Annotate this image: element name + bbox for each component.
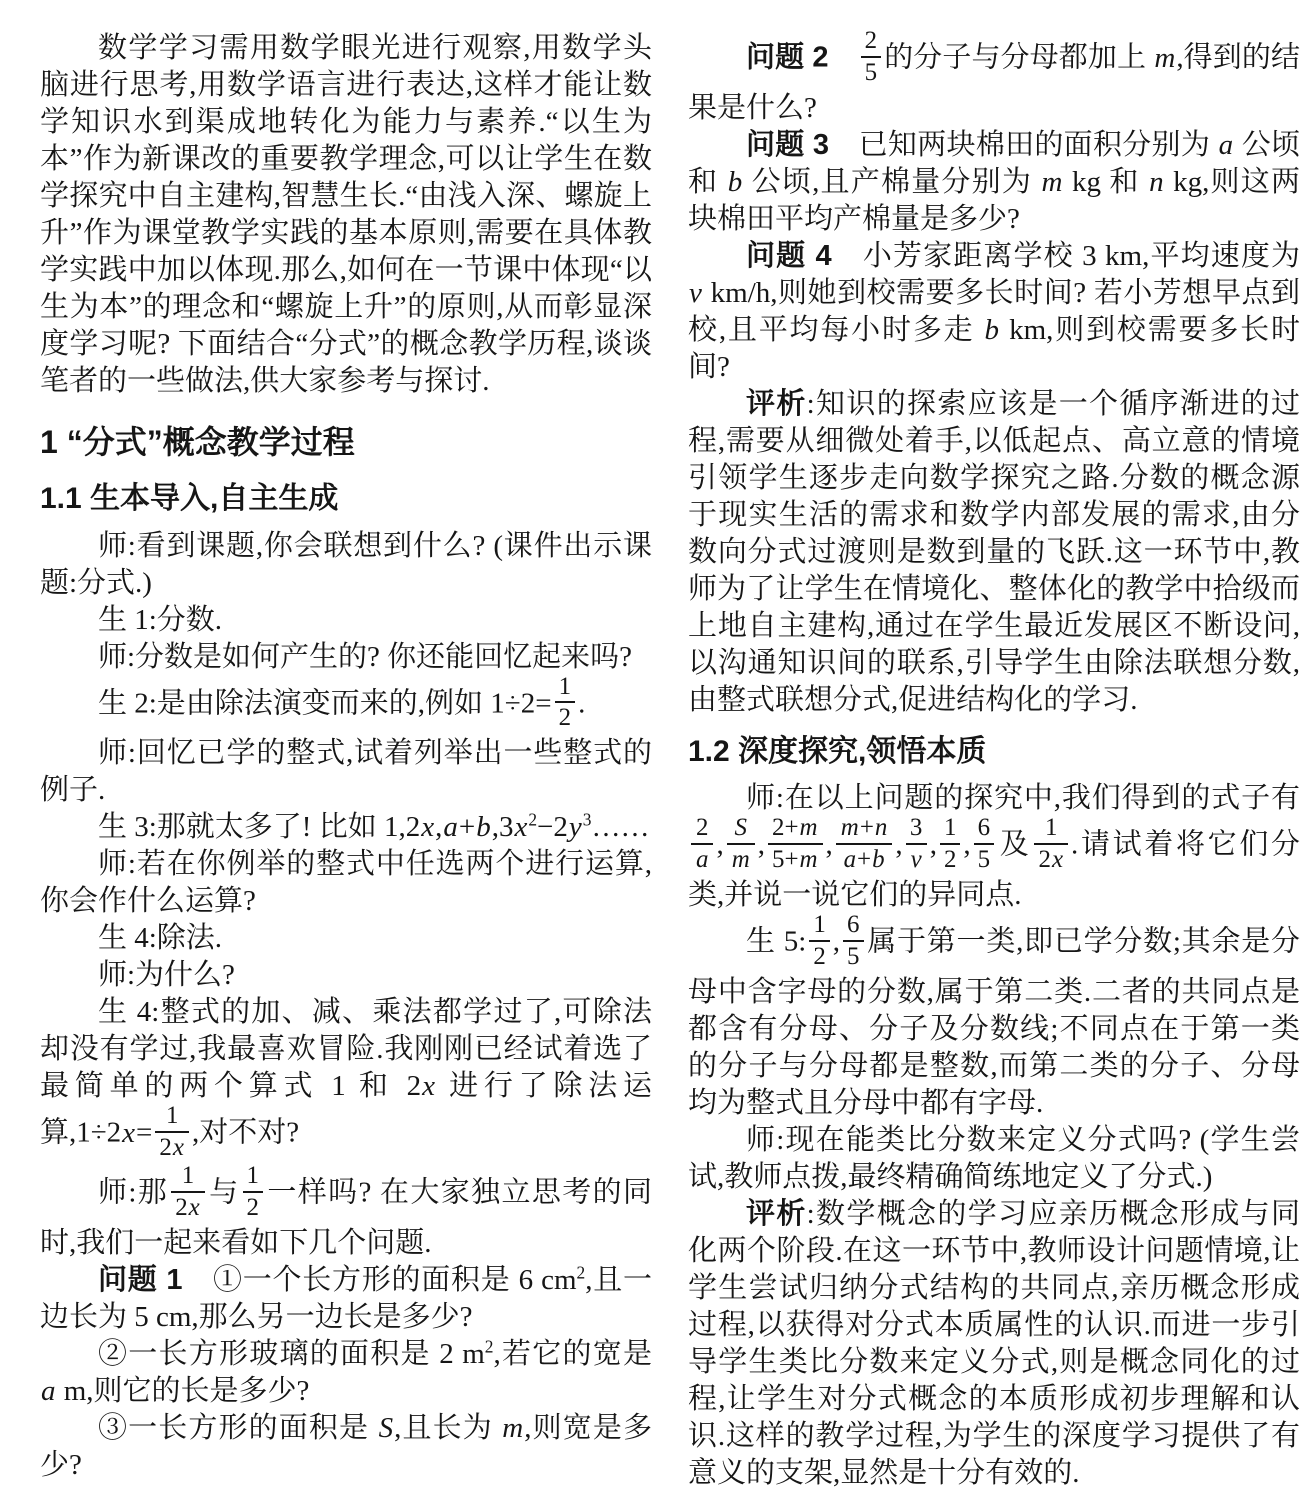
fraction-numerator: 1 (243, 1162, 263, 1193)
comment-paragraph: 评析:知识的探索应该是一个循序渐进的过程,需要从细微处着手,以低起点、高立意的情… (688, 386, 1300, 719)
fraction-denominator: 2 (809, 942, 829, 971)
math-variable: x (421, 1070, 436, 1102)
superscript: 2 (577, 1262, 586, 1282)
fraction-numerator: 1 (809, 911, 829, 942)
math-variable: m (799, 846, 819, 873)
math-variable: x (1051, 846, 1064, 873)
fraction-numerator: 1 (1034, 814, 1068, 845)
fraction-denominator: 5 (843, 942, 863, 971)
math-variable: a (843, 846, 857, 873)
bold-label: 问题 4 (746, 240, 832, 272)
math-variable: b (984, 314, 1001, 346)
fraction-numerator: 1 (940, 814, 960, 845)
math-variable: m (501, 1412, 524, 1444)
problem-1: 问题 1 ①一个长方形的面积是 6 cm2,且一边长为 5 cm,那么另一边长是… (40, 1262, 652, 1336)
section-heading-1: 1 “分式”概念教学过程 (40, 422, 652, 462)
right-column: 问题 2 25的分子与分母都加上 m,得到的结果是什么?问题 3 已知两块棉田的… (688, 30, 1300, 1492)
bold-label: 评析 (746, 388, 807, 420)
problem-1-item-2: ②一长方形玻璃的面积是 2 m2,若它的宽是 a m,则它的长是多少? (40, 1336, 652, 1410)
fraction: 2a (691, 814, 713, 874)
bold-label: 评析 (746, 1198, 807, 1230)
fraction-numerator: 6 (974, 814, 994, 845)
fraction-denominator: 2x (171, 1193, 205, 1222)
fraction-denominator: 5 (974, 845, 994, 874)
fraction-numerator: 1 (555, 673, 575, 704)
subsection-heading-1-1: 1.1 生本导入,自主生成 (40, 480, 652, 518)
journal-page: 数学学习需用数学眼光进行观察,用数学头脑进行思考,用数学语言进行表达,这样才能让… (0, 0, 1300, 1492)
fraction-denominator: m (727, 845, 755, 874)
bold-label: 问题 1 (98, 1264, 182, 1296)
fraction: 12 (243, 1162, 263, 1222)
fraction: 12 (555, 673, 575, 733)
superscript: 2 (485, 1336, 494, 1356)
math-variable: x (121, 1117, 136, 1149)
math-variable: b (871, 846, 885, 873)
fraction-denominator: a+b (836, 845, 893, 874)
fraction-numerator: 1 (171, 1162, 205, 1193)
math-variable: a (442, 811, 459, 843)
fraction: 3v (906, 814, 927, 874)
math-variable: y (568, 811, 583, 843)
fraction: 65 (974, 814, 994, 874)
problem-3: 问题 3 已知两块棉田的面积分别为 a 公顷和 b 公顷,且产棉量分别为 m k… (688, 127, 1300, 238)
fraction-denominator: 2 (940, 845, 960, 874)
math-variable: x (172, 1134, 185, 1161)
fraction-numerator: m+n (836, 814, 893, 845)
fraction: 12x (171, 1162, 205, 1222)
dialogue-student-4: 生 4:除法. (40, 920, 652, 957)
fraction-denominator: 5+m (768, 845, 823, 874)
bold-label: 问题 2 (746, 42, 828, 74)
problem-2: 问题 2 25的分子与分母都加上 m,得到的结果是什么? (688, 30, 1300, 127)
math-variable: a (1218, 129, 1235, 161)
fraction-numerator: 6 (843, 911, 863, 942)
comment-paragraph: 评析:数学概念的学习应亲历概念形成与同化两个阶段.在这一环节中,教师设计问题情境… (688, 1196, 1300, 1492)
fraction-denominator: v (906, 845, 927, 874)
math-variable: m (799, 814, 819, 841)
dialogue-teacher: 师:现在能类比分数来定义分式吗? (学生尝试,教师点拨,最终精确简练地定义了分式… (688, 1122, 1300, 1196)
dialogue-student-4: 生 4:整式的加、减、乘法都学过了,可除法却没有学过,我最喜欢冒险.我刚刚已经试… (40, 994, 652, 1165)
fraction-numerator: 2 (861, 27, 881, 58)
fraction-numerator: 2+m (768, 814, 823, 845)
math-variable: x (420, 811, 435, 843)
math-variable: x (188, 1194, 201, 1221)
fraction: 12 (940, 814, 960, 874)
math-variable: b (475, 811, 492, 843)
dialogue-teacher: 师:回忆已学的整式,试着列举出一些整式的例子. (40, 735, 652, 809)
fraction: 2+m5+m (768, 814, 823, 874)
fraction-numerator: 2 (691, 814, 713, 845)
fraction: 12x (1034, 814, 1068, 874)
fraction-denominator: a (691, 845, 713, 874)
math-variable: v (688, 277, 703, 309)
dialogue-student-2: 生 2:是由除法演变而来的,例如 1÷2=12. (40, 676, 652, 736)
math-variable: m (1153, 42, 1176, 74)
math-variable: x (513, 811, 528, 843)
math-variable: S (733, 814, 747, 841)
dialogue-teacher: 师:那12x与12一样吗? 在大家独立思考的同时,我们一起来看如下几个问题. (40, 1165, 652, 1262)
fraction: 25 (861, 27, 881, 87)
left-column: 数学学习需用数学眼光进行观察,用数学头脑进行思考,用数学语言进行表达,这样才能让… (40, 30, 652, 1492)
intro-paragraph: 数学学习需用数学眼光进行观察,用数学头脑进行思考,用数学语言进行表达,这样才能让… (40, 30, 652, 400)
superscript: 3 (583, 810, 592, 830)
dialogue-teacher: 师:若在你例举的整式中任选两个进行运算,你会作什么运算? (40, 846, 652, 920)
dialogue-teacher: 师:分数是如何产生的? 你还能回忆起来吗? (40, 639, 652, 676)
fraction: 12 (809, 911, 829, 971)
math-variable: S (378, 1412, 395, 1444)
problem-4: 问题 4 小芳家距离学校 3 km,平均速度为 v km/h,则她到校需要多长时… (688, 238, 1300, 386)
fraction: 65 (843, 911, 863, 971)
dialogue-teacher: 师:在以上问题的探究中,我们得到的式子有2a,Sm,2+m5+m,m+na+b,… (688, 780, 1300, 914)
fraction: m+na+b (836, 814, 893, 874)
math-variable: a (40, 1375, 57, 1407)
dialogue-student-5: 生 5:12,65属于第一类,即已学分数;其余是分母中含字母的分数,属于第二类.… (688, 914, 1300, 1122)
math-variable: n (874, 814, 888, 841)
dialogue-teacher: 师:为什么? (40, 957, 652, 994)
bold-label: 问题 3 (746, 129, 829, 161)
fraction: 12x (155, 1102, 189, 1162)
superscript: 2 (528, 810, 537, 830)
fraction-numerator: 1 (155, 1102, 189, 1133)
math-variable: b (727, 166, 744, 198)
math-variable: a (695, 846, 709, 873)
math-variable: v (910, 846, 923, 873)
fraction-numerator: 3 (906, 814, 927, 845)
fraction-denominator: 2 (243, 1193, 263, 1222)
fraction-denominator: 2 (555, 703, 575, 732)
math-variable: m (1041, 166, 1064, 198)
dialogue-student-3: 生 3:那就太多了! 比如 1,2x,a+b,3x2−2y3…… (40, 809, 652, 846)
fraction: Sm (727, 814, 755, 874)
problem-1-item-3: ③一长方形的面积是 S,且长为 m,则宽是多少? (40, 1410, 652, 1484)
fraction-numerator: S (727, 814, 755, 845)
math-variable: n (1148, 166, 1165, 198)
dialogue-student-1: 生 1:分数. (40, 602, 652, 639)
fraction-denominator: 2x (1034, 845, 1068, 874)
math-variable: m (840, 814, 860, 841)
subsection-heading-1-2: 1.2 深度探究,领悟本质 (688, 733, 1300, 771)
dialogue-teacher: 师:看到课题,你会联想到什么? (课件出示课题:分式.) (40, 528, 652, 602)
fraction-denominator: 2x (155, 1133, 189, 1162)
math-variable: m (731, 846, 751, 873)
fraction-denominator: 5 (861, 58, 881, 87)
